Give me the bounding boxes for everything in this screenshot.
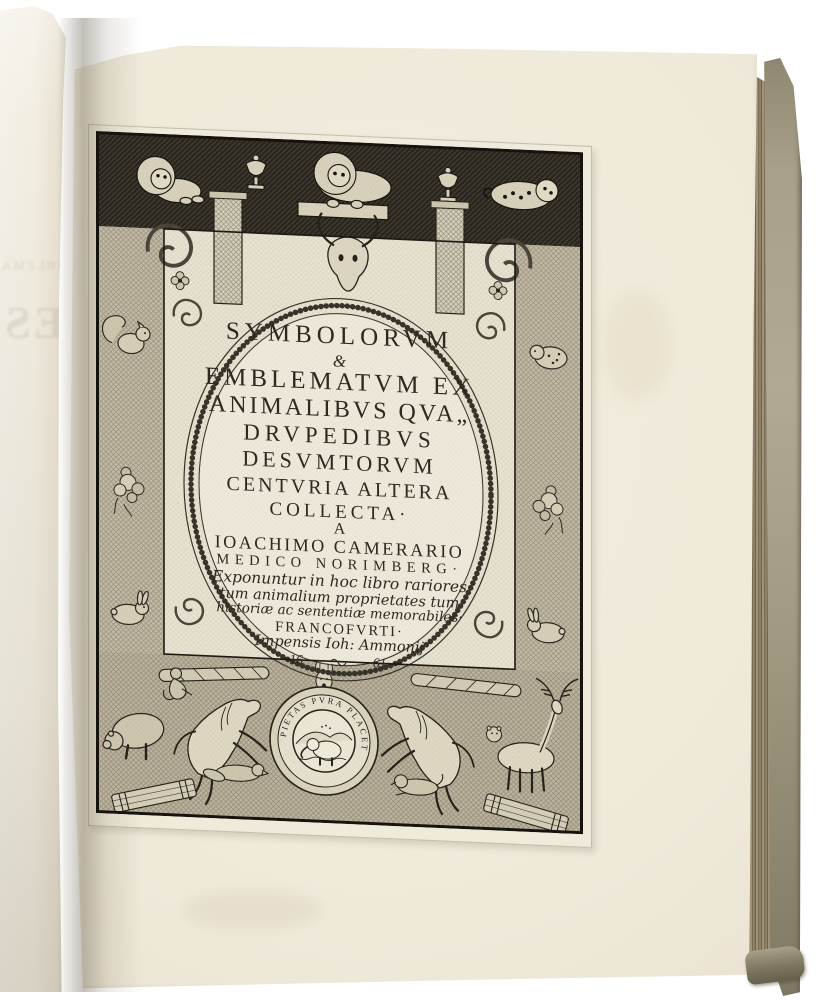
year-right: 61· [373, 655, 390, 672]
paper-stain [602, 290, 672, 400]
fleuron-icon [329, 657, 347, 666]
year-left: 16 [289, 651, 303, 668]
title-text-block: SYMBOLORVM & EMBLEMATVM EX ANIMALIBVS QV… [96, 131, 583, 834]
show-through-text: EMBLEMA [0, 258, 79, 274]
paper-stain [182, 890, 322, 930]
book-photo: EMBLEMA DES [0, 0, 820, 1000]
engraved-plate: PIETAS PVRA PLACET SYMBOLORVM & EMBLEMAT… [96, 131, 583, 834]
